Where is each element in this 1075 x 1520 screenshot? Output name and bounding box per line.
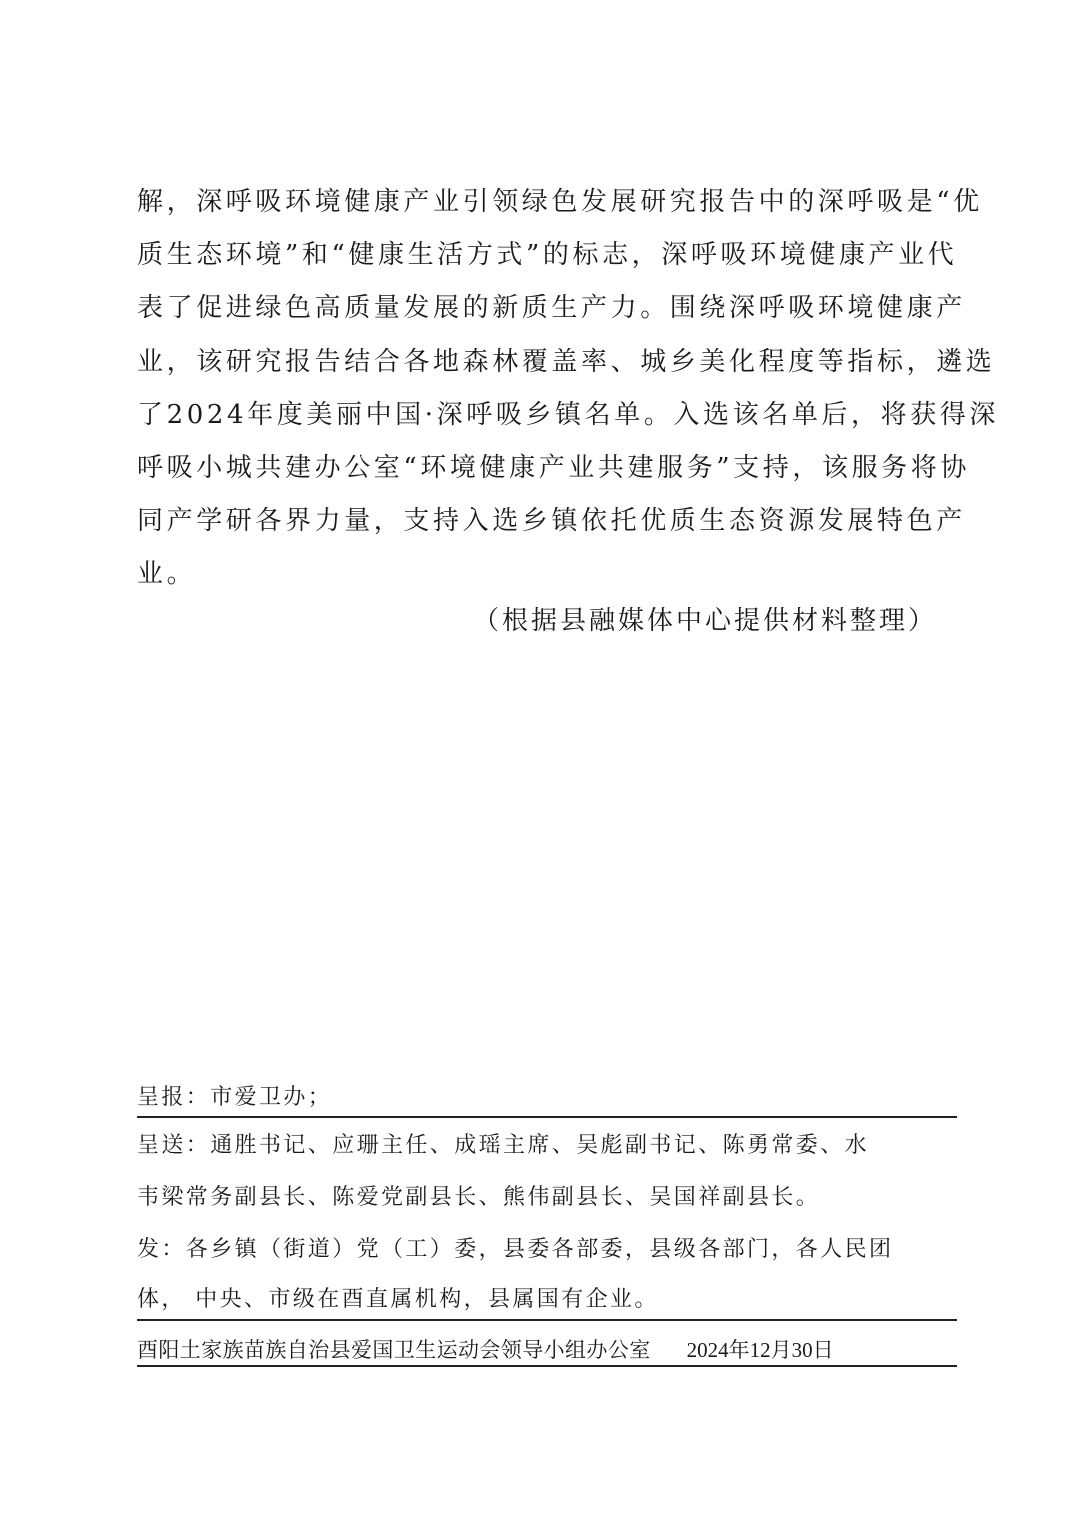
send-to-line-continued: 韦梁常务副县长、陈爱党副县长、熊伟副县长、吴国祥副县长。	[137, 1180, 820, 1211]
body-line: 同产学研各界力量，支持入选乡镇依托优质生态资源发展特色产	[137, 495, 937, 548]
divider-rule	[137, 1319, 957, 1321]
body-line: 解，深呼吸环境健康产业引领绿色发展研究报告中的深呼吸是“优	[137, 176, 937, 229]
issue-date: 2024年12月30日	[687, 1338, 834, 1362]
body-line: 质生态环境”和“健康生活方式”的标志，深呼吸环境健康产业代	[137, 229, 937, 282]
issuer-line: 酉阳土家族苗族自治县爱国卫生运动会领导小组办公室2024年12月30日	[137, 1334, 834, 1364]
source-attribution: （根据县融媒体中心提供材料整理）	[473, 600, 937, 637]
report-to-line: 呈报：市爱卫办；	[137, 1080, 332, 1111]
body-paragraph: 解，深呼吸环境健康产业引领绿色发展研究报告中的深呼吸是“优 质生态环境”和“健康…	[137, 176, 937, 602]
divider-rule	[137, 1116, 957, 1118]
send-to-line: 呈送：通胜书记、应珊主任、成瑶主席、吴彪副书记、陈勇常委、水	[137, 1128, 869, 1159]
body-line: 表了促进绿色高质量发展的新质生产力。围绕深呼吸环境健康产	[137, 282, 937, 335]
body-line: 业，该研究报告结合各地森林覆盖率、城乡美化程度等指标，遴选	[137, 336, 937, 389]
issuer-office: 酉阳土家族苗族自治县爱国卫生运动会领导小组办公室	[137, 1338, 651, 1362]
issue-to-line-continued: 体， 中央、市级在酉直属机构，县属国有企业。	[137, 1282, 659, 1313]
divider-rule	[137, 1365, 957, 1367]
body-line: 了2024年度美丽中国·深呼吸乡镇名单。入选该名单后，将获得深	[137, 389, 937, 442]
body-line: 业。	[137, 548, 937, 601]
document-page: 解，深呼吸环境健康产业引领绿色发展研究报告中的深呼吸是“优 质生态环境”和“健康…	[0, 0, 1075, 1520]
body-line: 呼吸小城共建办公室“环境健康产业共建服务”支持，该服务将协	[137, 442, 937, 495]
issue-to-line: 发：各乡镇（街道）党（工）委，县委各部委，县级各部门，各人民团	[137, 1232, 893, 1263]
